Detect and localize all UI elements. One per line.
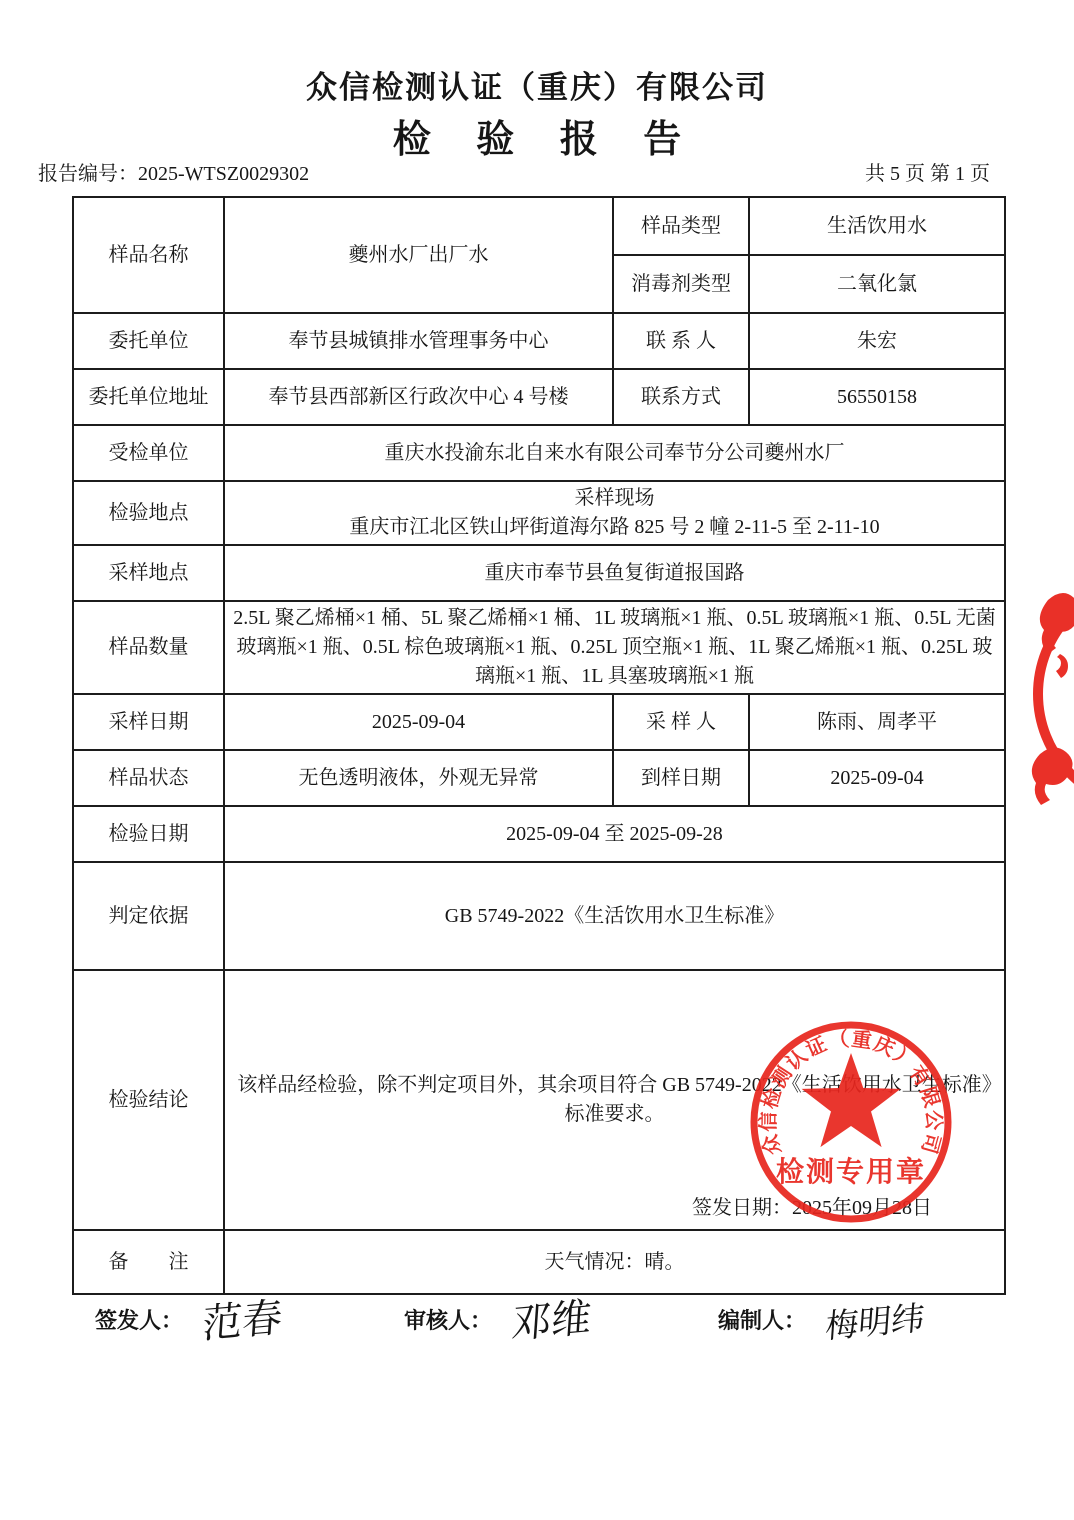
issue-date-label: 签发日期： [692,1197,792,1219]
report-meta-row: 报告编号：2025-WTSZ0029302 共 5 页 第 1 页 [38,157,990,186]
edge-seal-glyph-fragment [1040,593,1074,654]
table-row: 检验日期 2025-09-04 至 2025-09-28 [73,806,1005,862]
conclusion-text: 该样品经检验，除不判定项目外，其余项目符合 GB 5749-2022《生活饮用水… [233,1071,996,1129]
remarks-value: 天气情况：晴。 [224,1230,1005,1294]
sample-type-value: 生活饮用水 [749,197,1005,255]
table-row: 样品名称 夔州水厂出厂水 样品类型 生活饮用水 [73,197,1005,255]
contact-value: 朱宏 [749,313,1005,369]
issuer-label: 签发人： [95,1308,183,1333]
table-row: 检验结论 该样品经检验，除不判定项目外，其余项目符合 GB 5749-2022《… [73,970,1005,1230]
table-row: 判定依据 GB 5749-2022《生活饮用水卫生标准》 [73,862,1005,970]
sample-type-label: 样品类型 [613,197,749,255]
sampling-date-value: 2025-09-04 [224,694,613,750]
client-label: 委托单位 [73,313,224,369]
report-table: 样品名称 夔州水厂出厂水 样品类型 生活饮用水 消毒剂类型 二氧化氯 委托单位 … [72,196,1006,1295]
table-row: 备 注 天气情况：晴。 [73,1230,1005,1294]
judgment-basis-value: GB 5749-2022《生活饮用水卫生标准》 [224,862,1005,970]
pagination: 共 5 页 第 1 页 [865,157,990,186]
sample-name-label: 样品名称 [73,197,224,313]
client-address-label: 委托单位地址 [73,369,224,425]
preparer-signature-group: 编制人：梅明纬 [718,1304,923,1348]
test-date-value: 2025-09-04 至 2025-09-28 [224,806,1005,862]
edge-seal-glyph-fragment [1056,654,1068,678]
sample-name-value: 夔州水厂出厂水 [224,197,613,313]
seal-inner-text: 检测专用章 [776,1155,926,1188]
inspected-unit-value: 重庆水投渝东北自来水有限公司奉节分公司夔州水厂 [224,425,1005,481]
client-address-value: 奉节县西部新区行政次中心 4 号楼 [224,369,613,425]
reviewer-signature-group: 审核人：邓维 [404,1304,590,1345]
test-location-line1: 采样现场 [233,484,996,513]
page-title: 检 验 报 告 [0,108,1074,163]
table-row: 受检单位 重庆水投渝东北自来水有限公司奉节分公司夔州水厂 [73,425,1005,481]
edge-seal-fragment [1014,558,1074,830]
disinfectant-label: 消毒剂类型 [613,255,749,313]
issue-date-value: 2025年09月28日 [792,1197,932,1219]
signature-row: 签发人：范春 审核人：邓维 编制人：梅明纬 [0,1300,1074,1380]
report-page: 众信检测认证（重庆）有限公司 检 验 报 告 报告编号：2025-WTSZ002… [0,0,1074,1520]
sampler-value: 陈雨、周孝平 [749,694,1005,750]
arrival-date-label: 到样日期 [613,750,749,806]
arrival-date-value: 2025-09-04 [749,750,1005,806]
report-number-value: 2025-WTSZ0029302 [138,163,309,185]
contact-phone-label: 联系方式 [613,369,749,425]
inspected-unit-label: 受检单位 [73,425,224,481]
remarks-label: 备 注 [73,1230,224,1294]
edge-seal-glyph-fragment [1032,747,1073,805]
sample-quantity-value: 2.5L 聚乙烯桶×1 桶、5L 聚乙烯桶×1 桶、1L 玻璃瓶×1 瓶、0.5… [224,601,1005,694]
test-date-label: 检验日期 [73,806,224,862]
disinfectant-value: 二氧化氯 [749,255,1005,313]
table-row: 样品数量 2.5L 聚乙烯桶×1 桶、5L 聚乙烯桶×1 桶、1L 玻璃瓶×1 … [73,601,1005,694]
issuer-signature: 范春 [201,1298,284,1345]
reviewer-label: 审核人： [404,1308,492,1333]
report-number: 报告编号：2025-WTSZ0029302 [38,157,309,186]
company-name: 众信检测认证（重庆）有限公司 [0,62,1074,107]
client-value: 奉节县城镇排水管理事务中心 [224,313,613,369]
sampling-date-label: 采样日期 [73,694,224,750]
sampling-location-label: 采样地点 [73,545,224,601]
table-row: 采样日期 2025-09-04 采 样 人 陈雨、周孝平 [73,694,1005,750]
test-location-value: 采样现场 重庆市江北区铁山坪街道海尔路 825 号 2 幢 2-11-5 至 2… [224,481,1005,545]
preparer-label: 编制人： [718,1308,806,1333]
table-row: 委托单位地址 奉节县西部新区行政次中心 4 号楼 联系方式 56550158 [73,369,1005,425]
table-row: 委托单位 奉节县城镇排水管理事务中心 联 系 人 朱宏 [73,313,1005,369]
sample-status-value: 无色透明液体，外观无异常 [224,750,613,806]
judgment-basis-label: 判定依据 [73,862,224,970]
contact-phone-value: 56550158 [749,369,1005,425]
issue-date: 签发日期：2025年09月28日 [692,1194,932,1223]
preparer-signature: 梅明纬 [824,1299,925,1348]
sample-status-label: 样品状态 [73,750,224,806]
reviewer-signature: 邓维 [510,1298,593,1345]
edge-seal-arc [1038,580,1074,808]
test-location-label: 检验地点 [73,481,224,545]
sampling-location-value: 重庆市奉节县鱼复街道报国路 [224,545,1005,601]
sample-quantity-label: 样品数量 [73,601,224,694]
test-location-line2: 重庆市江北区铁山坪街道海尔路 825 号 2 幢 2-11-5 至 2-11-1… [233,513,996,542]
conclusion-cell: 该样品经检验，除不判定项目外，其余项目符合 GB 5749-2022《生活饮用水… [224,970,1005,1230]
contact-label: 联 系 人 [613,313,749,369]
sampler-label: 采 样 人 [613,694,749,750]
table-row: 检验地点 采样现场 重庆市江北区铁山坪街道海尔路 825 号 2 幢 2-11-… [73,481,1005,545]
report-number-label: 报告编号： [38,163,138,185]
table-row: 采样地点 重庆市奉节县鱼复街道报国路 [73,545,1005,601]
table-row: 样品状态 无色透明液体，外观无异常 到样日期 2025-09-04 [73,750,1005,806]
conclusion-label: 检验结论 [73,970,224,1230]
issuer-signature-group: 签发人：范春 [95,1304,281,1345]
